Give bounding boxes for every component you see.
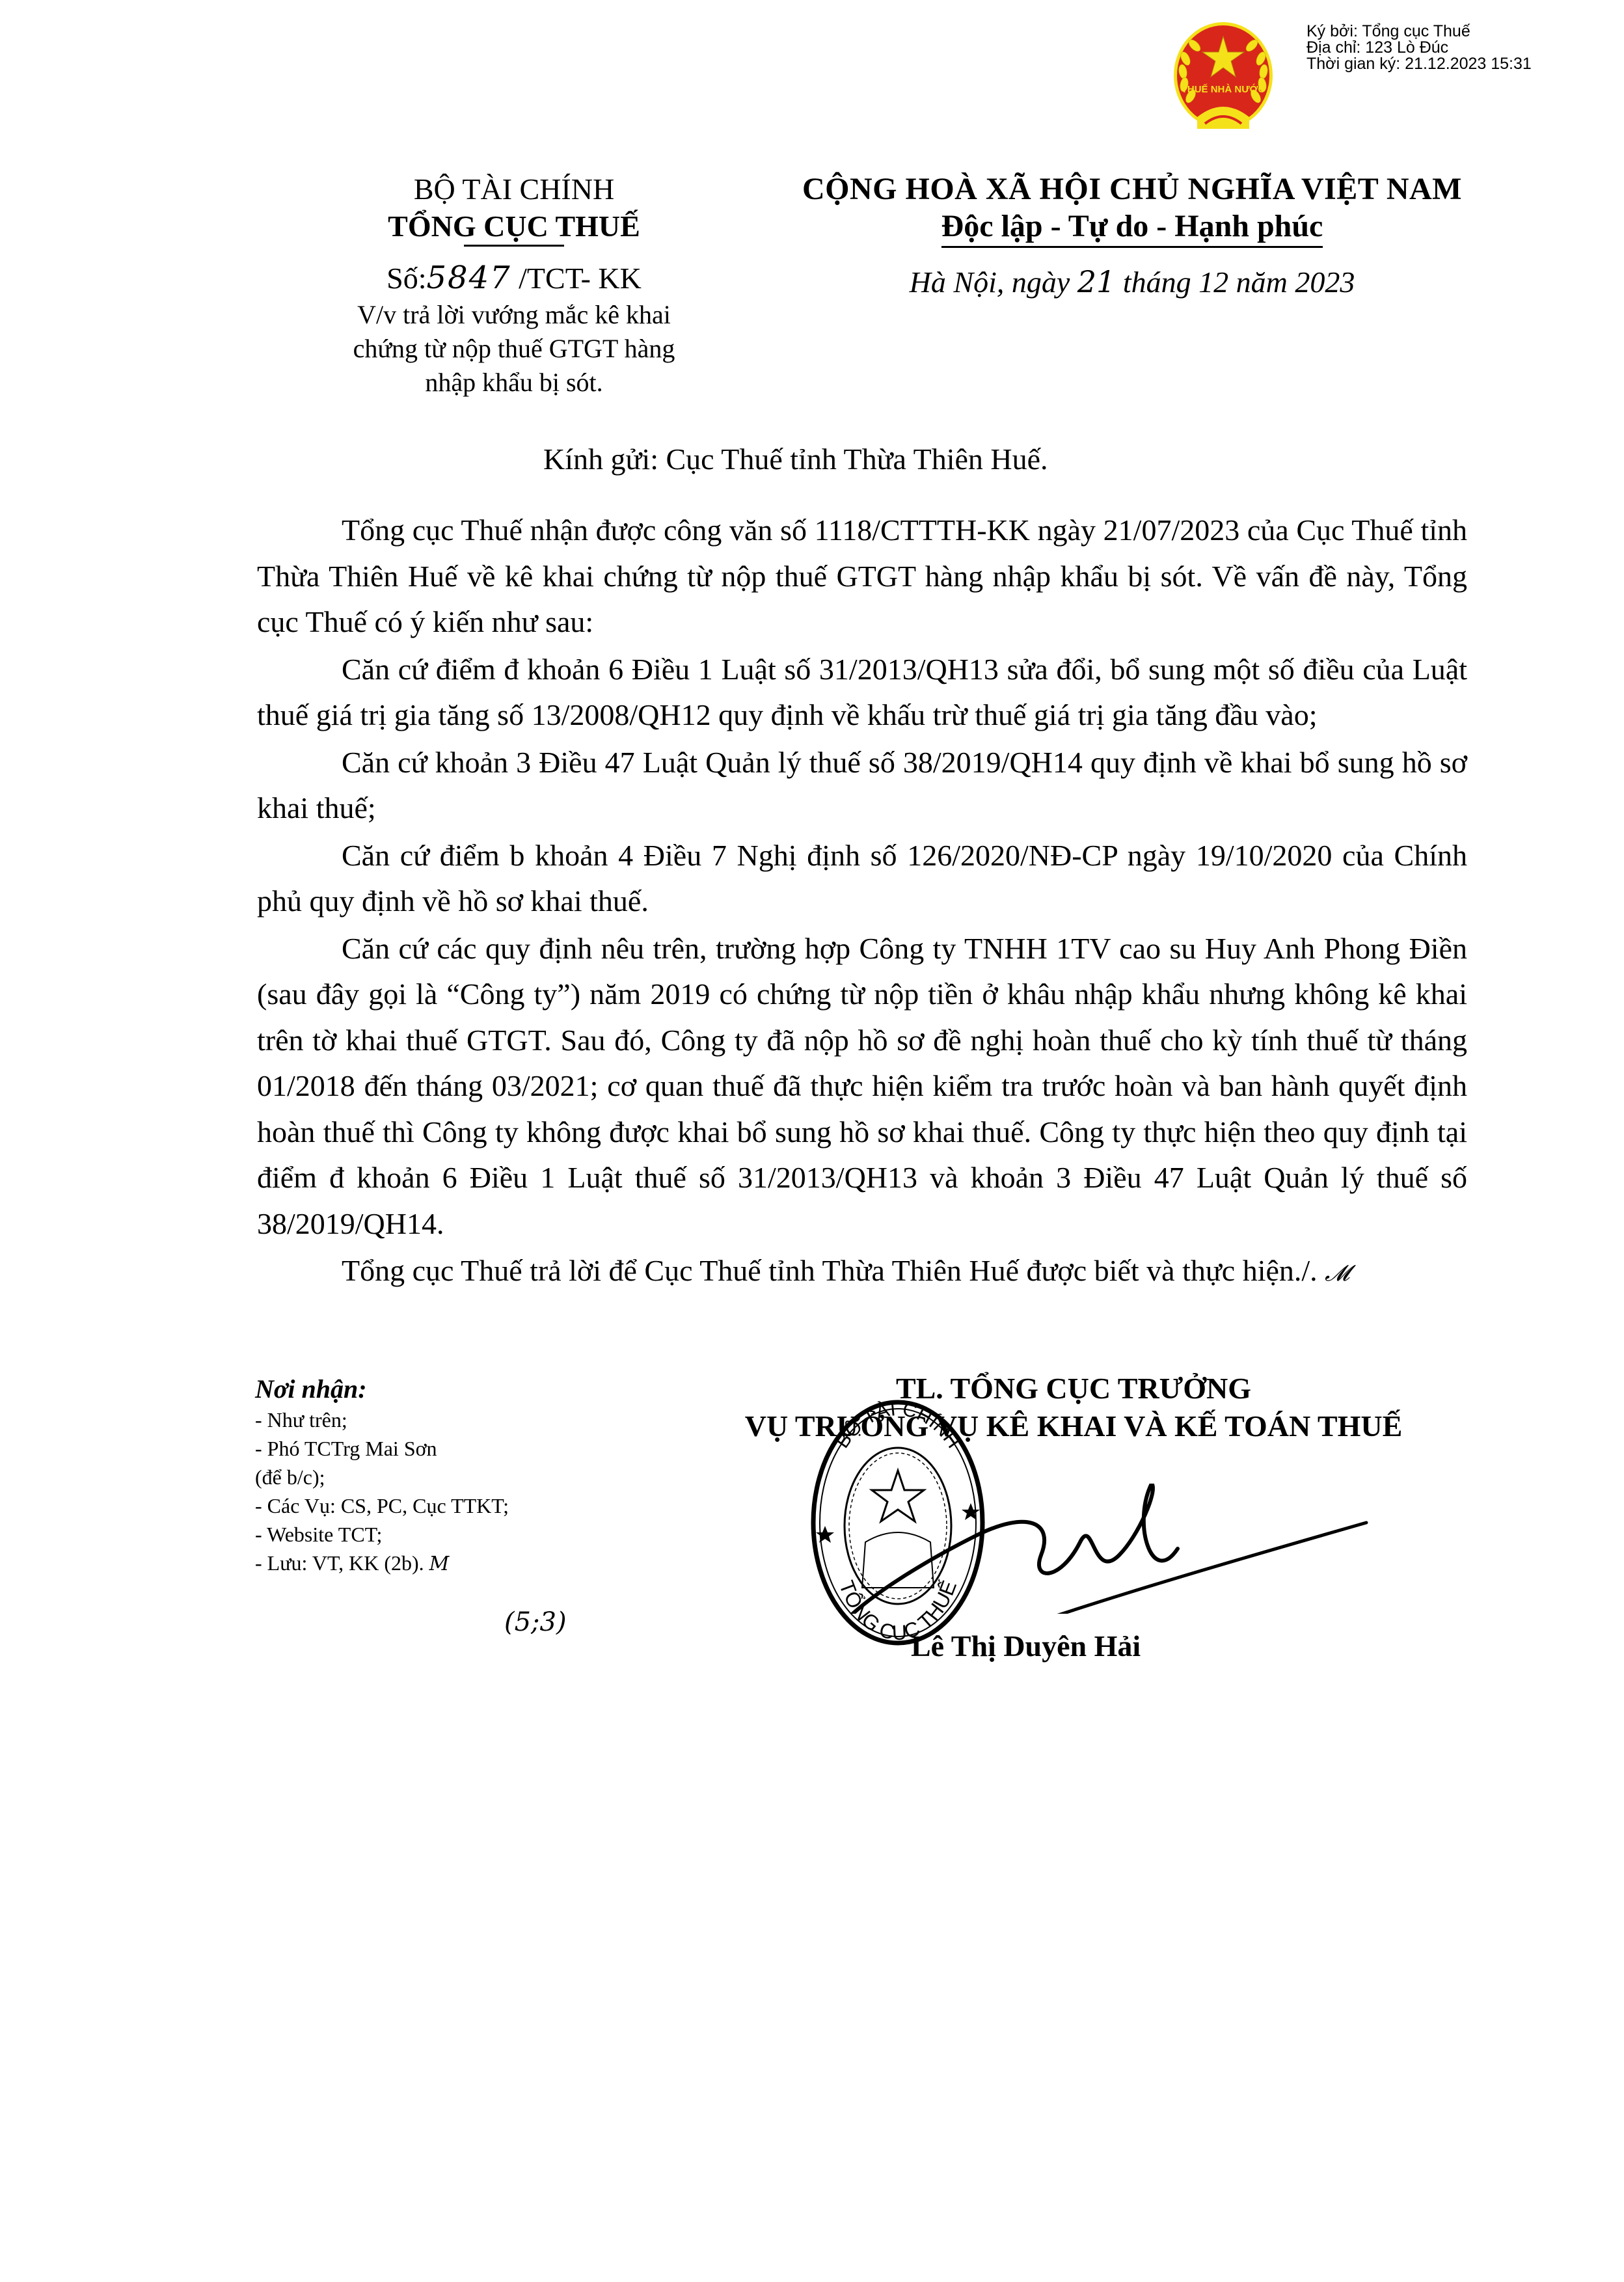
document-number: Số:5847 /TCT- KK: [286, 258, 742, 298]
agency-underline: [464, 245, 564, 247]
distribution-item: - Website TCT;: [255, 1520, 509, 1549]
nation-title: CỘNG HOÀ XÃ HỘI CHỦ NGHĨA VIỆT NAM: [742, 170, 1522, 208]
letter-body: Tổng cục Thuế nhận được công văn số 1118…: [257, 508, 1467, 1298]
archive-item: - Lưu: VT, KK (2b).: [255, 1551, 424, 1575]
agency-name: TỔNG CỤC THUẾ: [286, 208, 742, 245]
body-paragraph: Căn cứ điểm đ khoản 6 Điều 1 Luật số 31/…: [257, 647, 1467, 739]
doc-number-suffix: /TCT- KK: [511, 262, 642, 295]
ministry-name: BỘ TÀI CHÍNH: [286, 170, 742, 208]
tax-authority-emblem-icon: THUẾ NHÀ NƯỚC: [1171, 20, 1275, 131]
signer-block: TL. TỔNG CỤC TRƯỞNG VỤ TRƯỞNG VỤ KÊ KHAI…: [651, 1370, 1496, 1445]
handwritten-signature-icon: [846, 1484, 1431, 1614]
distribution-title: Nơi nhận:: [255, 1373, 509, 1406]
doc-number-prefix: Số:: [386, 262, 426, 295]
place-date-day: 21: [1077, 264, 1116, 299]
distribution-item: - Lưu: VT, KK (2b). M: [255, 1549, 509, 1579]
distribution-item: - Phó TCTrg Mai Sơn: [255, 1434, 509, 1463]
body-paragraph: Căn cứ điểm b khoản 4 Điều 7 Nghị định s…: [257, 833, 1467, 925]
body-paragraph: Căn cứ các quy định nêu trên, trường hợp…: [257, 926, 1467, 1247]
digital-signature-info: Ký bởi: Tổng cục Thuế Địa chỉ: 123 Lò Đú…: [1306, 23, 1532, 72]
doc-number-handwritten: 5847: [427, 260, 511, 296]
closing-paragraph: Tổng cục Thuế trả lời để Cục Thuế tỉnh T…: [257, 1248, 1467, 1297]
place-date-suffix: tháng 12 năm 2023: [1115, 265, 1355, 299]
addressee: Kính gửi: Cục Thuế tỉnh Thừa Thiên Huế.: [543, 440, 1048, 479]
subject: V/v trả lời vướng mắc kê khai chứng từ n…: [286, 298, 742, 400]
place-date: Hà Nội, ngày 21 tháng 12 năm 2023: [742, 262, 1522, 302]
place-date-prefix: Hà Nội, ngày: [910, 265, 1077, 299]
national-header: CỘNG HOÀ XÃ HỘI CHỦ NGHĨA VIỆT NAM Độc l…: [742, 170, 1522, 302]
issuer-block: BỘ TÀI CHÍNH TỔNG CỤC THUẾ Số:5847 /TCT-…: [286, 170, 742, 400]
subject-line: V/v trả lời vướng mắc kê khai: [286, 298, 742, 332]
distribution-item: - Như trên;: [255, 1406, 509, 1434]
closing-initial: 𝓜: [1325, 1260, 1349, 1286]
subject-line: nhập khẩu bị sót.: [286, 366, 742, 400]
signer-authority: TL. TỔNG CỤC TRƯỞNG: [651, 1370, 1496, 1407]
signer-name: Lê Thị Duyên Hải: [911, 1627, 1141, 1666]
body-paragraph: Tổng cục Thuế nhận được công văn số 1118…: [257, 508, 1467, 645]
signer-title: VỤ TRƯỞNG VỤ KÊ KHAI VÀ KẾ TOÁN THUẾ: [651, 1407, 1496, 1445]
signed-by: Ký bởi: Tổng cục Thuế: [1306, 23, 1532, 40]
handwritten-count: (5;3): [504, 1607, 567, 1637]
signed-time: Thời gian ký: 21.12.2023 15:31: [1306, 56, 1532, 72]
signer-address: Địa chỉ: 123 Lò Đúc: [1306, 40, 1532, 56]
distribution-item: - Các Vụ: CS, PC, Cục TTKT;: [255, 1491, 509, 1520]
national-motto: Độc lập - Tự do - Hạnh phúc: [941, 208, 1323, 248]
closing-text: Tổng cục Thuế trả lời để Cục Thuế tỉnh T…: [342, 1254, 1318, 1287]
distribution-item: (để b/c);: [255, 1463, 509, 1491]
distribution-list: Nơi nhận: - Như trên; - Phó TCTrg Mai Sơ…: [255, 1373, 509, 1579]
subject-line: chứng từ nộp thuế GTGT hàng: [286, 332, 742, 366]
handwritten-initial: M: [429, 1553, 450, 1575]
body-paragraph: Căn cứ khoản 3 Điều 47 Luật Quản lý thuế…: [257, 740, 1467, 832]
emblem-label: THUẾ NHÀ NƯỚC: [1182, 83, 1265, 95]
svg-text:BỘ TÀI CHÍNH: BỘ TÀI CHÍNH: [832, 1398, 964, 1452]
